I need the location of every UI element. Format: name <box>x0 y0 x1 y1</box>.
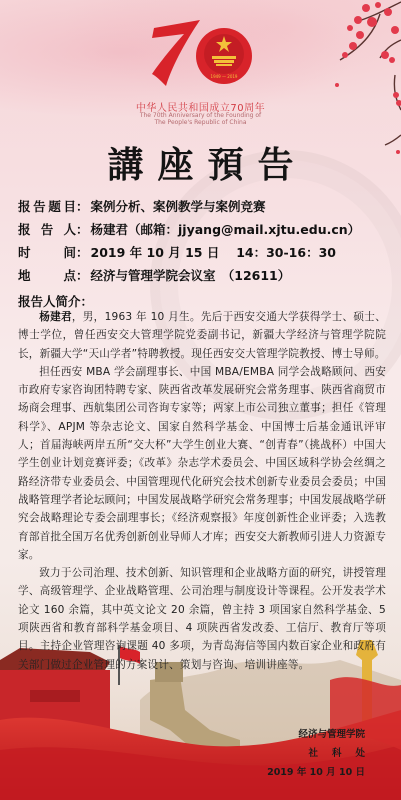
plum-blossom-icon <box>300 0 401 160</box>
info-value-location: 经济与管理学院会议室 （12611） <box>91 266 291 284</box>
info-row-speaker: 报告人 ： 杨建君（邮箱：jjyang@mail.xjtu.edu.cn） <box>18 217 388 240</box>
svg-text:1949 — 2019: 1949 — 2019 <box>211 74 238 79</box>
speaker-name: 杨建君 <box>39 311 72 323</box>
info-value-topic: 案例分析、案例教学与案例竞赛 <box>91 197 266 215</box>
poster-title: 講座預告 <box>0 137 401 188</box>
anniversary-title-en-line2: The People's Republic of China <box>0 119 401 126</box>
bio-paragraph-3: 致力于公司治理、技术创新、知识管理和企业战略方面的研究，讲授管理学、高级管理学、… <box>18 564 386 674</box>
info-row-time: 时间 ： 2019 年 10 月 15 日 14：30-16：30 <box>18 240 388 263</box>
info-label: 报告题目 <box>18 197 76 215</box>
bio-paragraph-1: 杨建君，男，1963 年 10 月生。先后于西安交通大学获得学士、硕士、博士学位… <box>18 308 386 363</box>
issuer-department: 社科处 <box>267 744 379 763</box>
info-label: 地点 <box>18 266 76 284</box>
bio-paragraph-2: 担任西安 MBA 学会副理事长、中国 MBA/EMBA 同学会战略顾问、西安市政… <box>18 363 386 564</box>
info-row-topic: 报告题目 ： 案例分析、案例教学与案例竞赛 <box>18 194 388 217</box>
lecture-info: 报告题目 ： 案例分析、案例教学与案例竞赛 报告人 ： 杨建君（邮箱：jjyan… <box>18 194 388 286</box>
issue-date: 2019 年 10 月 10 日 <box>267 763 365 782</box>
info-value-speaker: 杨建君（邮箱：jjyang@mail.xjtu.edu.cn） <box>91 220 361 238</box>
info-label: 报告人 <box>18 220 76 238</box>
prc-70-anniversary-logo-icon: 1949 — 2019 <box>148 18 253 88</box>
issuer-signature: 经济与管理学院 社科处 2019 年 10 月 10 日 <box>267 725 365 782</box>
info-row-location: 地点 ： 经济与管理学院会议室 （12611） <box>18 263 388 286</box>
info-value-time: 2019 年 10 月 15 日 14：30-16：30 <box>91 243 336 261</box>
speaker-biography: 杨建君，男，1963 年 10 月生。先后于西安交通大学获得学士、硕士、博士学位… <box>18 308 386 674</box>
issuer-school: 经济与管理学院 <box>267 725 365 744</box>
info-label: 时间 <box>18 243 76 261</box>
lecture-poster: 1949 — 2019 中华人民共和国成立70周年 The 70th Anniv… <box>0 0 401 800</box>
anniversary-title-en-line1: The 70th Anniversary of the Founding of <box>0 112 401 119</box>
